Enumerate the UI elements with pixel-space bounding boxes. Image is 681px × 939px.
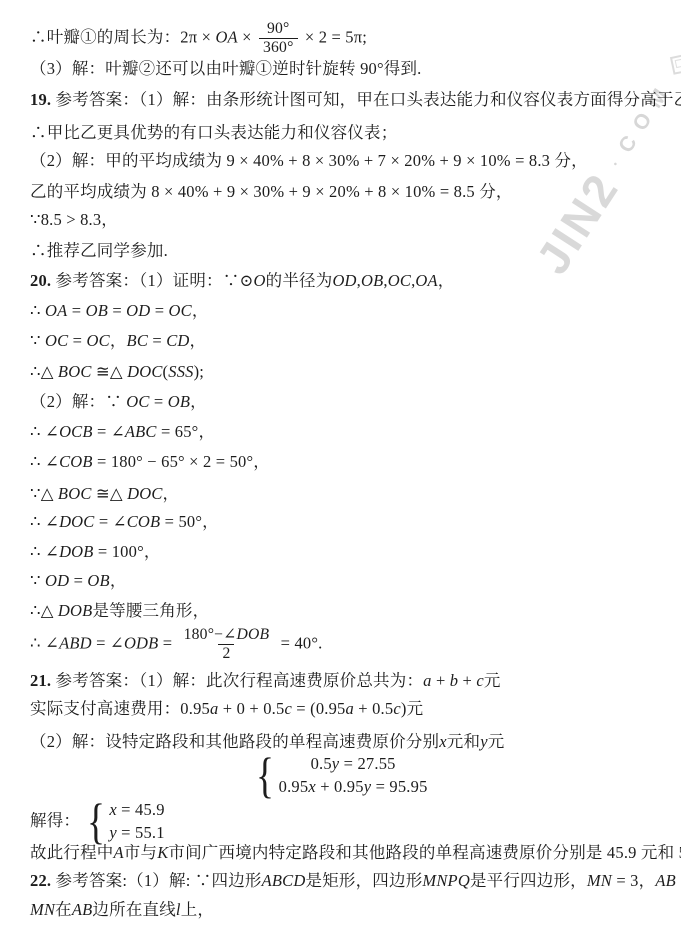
solution-line: （2）解：∵ OC = OB， [30,391,207,413]
solution-line: ∴ ∠ABD = ∠ODB = 180°−∠DOB2 = 40°. [30,626,322,663]
solution-line: 乙的平均成绩为 8 × 40% + 9 × 30% + 9 × 20% + 8 … [30,181,513,203]
watermark-dot: · [603,154,629,174]
solution-line: ∴推荐乙同学参加. [30,240,168,262]
solution-line: 实际支付高速费用：0.95a + 0 + 0.5c = (0.95a + 0.5… [30,698,423,720]
solution-line: ∵△ BOC ≅△ DOC， [30,483,179,505]
solution-line: ∴ ∠COB = 180° − 65° × 2 = 50°， [30,451,270,473]
solution-line: MN在AB边所在直线l上， [30,899,214,921]
answer-item-line: 21. 参考答案：（1）解：此次行程高速费原价总共为：a + b + c元 [30,670,501,692]
answer-item-line: 20. 参考答案：（1）证明：∵⊙O的半径为OD,OB,OC,OA， [30,270,455,292]
solution-line: ∴△ DOB是等腰三角形， [30,600,209,622]
equation-system: {0.5y = 27.550.95x + 0.95y = 95.95 [0,752,681,798]
solution-result-line: 解得：{x = 45.9y = 55.1 [30,798,165,844]
solution-line: 故此行程中A市与K市间广西境内特定路段和其他路段的单程高速费原价分别是 45.9… [30,842,681,864]
solution-line: （3）解：叶瓣②还可以由叶瓣①逆时针旋转 90°得到. [30,58,422,80]
answer-item-line: 22. 参考答案:（1）解: ∵四边形ABCD是矩形，四边形MNPQ是平行四边形… [30,870,681,892]
solution-line: （2）解：甲的平均成绩为 9 × 40% + 8 × 30% + 7 × 20%… [30,150,588,172]
solution-line: ∴甲比乙更具优势的有口头表达能力和仪容仪表； [30,122,397,144]
watermark-brand-text: JIN2 [525,163,630,284]
solution-line: ∴叶瓣①的周长为：2π × OA × 90°360° × 2 = 5π; [30,20,367,57]
watermark: JIN2 · COM [525,0,681,283]
solution-line: ∴△ BOC ≅△ DOC(SSS); [30,361,204,383]
solution-line: ∵ OD = OB， [30,570,127,592]
watermark-tile [670,54,681,75]
solution-line: ∴ OA = OB = OD = OC， [30,300,209,322]
solution-line: ∵ OC = OC，BC = CD， [30,330,206,352]
answer-item-line: 19. 参考答案：（1）解：由条形统计图可知，甲在口头表达能力和仪容仪表方面得分… [30,89,681,111]
watermark-tiles [668,0,681,77]
watermark-domain-text: COM [614,76,679,158]
solution-line: ∴ ∠DOB = 100°， [30,541,161,563]
solution-line: ∵8.5 > 8.3， [30,209,118,231]
document-page: JIN2 · COM ∴叶瓣①的周长为：2π × OA × 90°360° × … [0,0,681,939]
solution-line: ∴ ∠DOC = ∠COB = 50°， [30,511,219,533]
solution-line: ∴ ∠OCB = ∠ABC = 65°， [30,421,215,443]
